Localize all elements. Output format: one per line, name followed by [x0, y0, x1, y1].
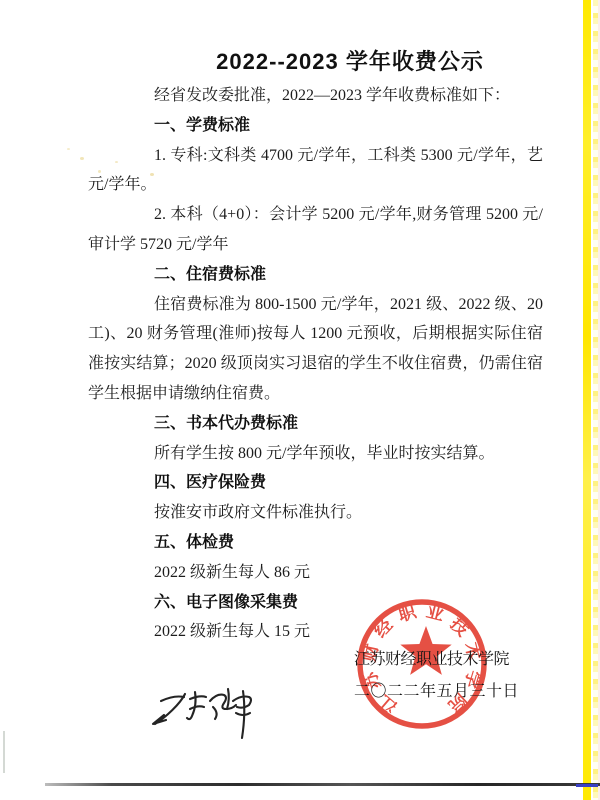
doc-line: 一、学费标准 [88, 111, 543, 141]
scan-speck [80, 157, 84, 160]
doc-line: 学生根据申请缴纳住宿费。 [88, 379, 543, 409]
doc-body: 经省发改委批准，2022—2023 学年收费标准如下：一、学费标准1. 专科:文… [88, 81, 543, 647]
page-title: 2022--2023 学年收费公示 [120, 45, 580, 76]
doc-line: 四、医疗保险费 [88, 468, 543, 498]
scan-speck [115, 161, 118, 163]
doc-line: 审计学 5720 元/学年 [88, 230, 543, 260]
doc-line: 1. 专科:文科类 4700 元/学年，工科类 5300 元/学年，艺术类 68… [88, 141, 543, 171]
scan-yellow-stripe [583, 0, 591, 800]
doc-line: 元/学年。 [88, 170, 543, 200]
scan-left-edge [3, 731, 5, 773]
doc-line: 所有学生按 800 元/学年预收，毕业时按实结算。 [88, 439, 543, 469]
scan-bottom-edge-blue [576, 784, 598, 787]
doc-line: 准按实结算；2020 级顶岗实习退宿的学生不收住宿费，仍需住宿的 [88, 349, 543, 379]
scan-speck [98, 170, 101, 173]
scan-bottom-edge [45, 783, 600, 786]
doc-line: 工)、20 财务管理(淮师)按每人 1200 元预收，后期根据实际住宿标 [88, 319, 543, 349]
doc-line: 2022 级新生每人 86 元 [88, 558, 543, 588]
issuer-line: 江苏财经职业技术学院 [354, 646, 509, 669]
handwritten-signature [146, 684, 276, 748]
doc-line: 住宿费标准为 800-1500 元/学年，2021 级、2022 级、20 会计… [88, 290, 543, 320]
doc-line: 经省发改委批准，2022—2023 学年收费标准如下： [88, 81, 543, 111]
scan-speck [150, 173, 154, 176]
scan-speck [67, 148, 70, 150]
doc-line: 2. 本科（4+0）：会计学 5200 元/学年,财务管理 5200 元/学年, [88, 200, 543, 230]
doc-line: 三、书本代办费标准 [88, 409, 543, 439]
scanned-document-page: 2022--2023 学年收费公示 经省发改委批准，2022—2023 学年收费… [0, 0, 600, 800]
doc-line: 按淮安市政府文件标准执行。 [88, 498, 543, 528]
date-line: 二〇二二年五月三十日 [354, 678, 519, 701]
doc-line: 五、体检费 [88, 528, 543, 558]
doc-line: 二、住宿费标准 [88, 260, 543, 290]
